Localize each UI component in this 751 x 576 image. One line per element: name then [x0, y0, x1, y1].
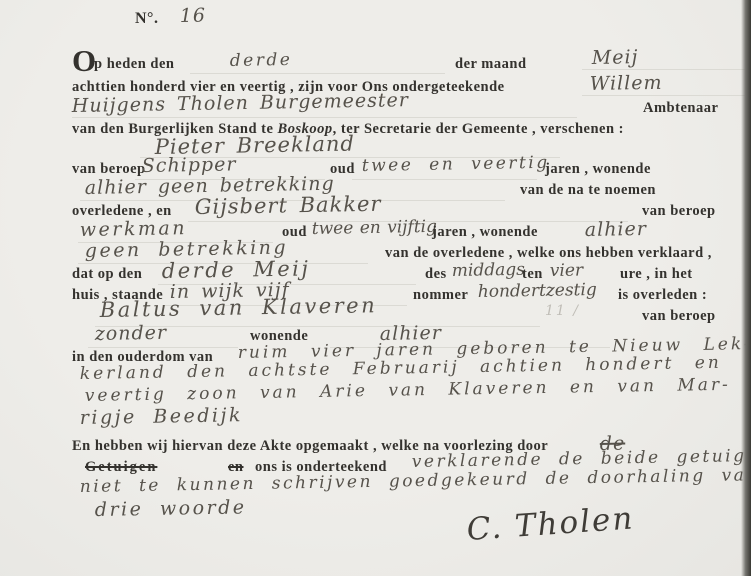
fill-line: [72, 117, 577, 118]
day-handwritten: derde: [230, 50, 293, 71]
struck-word-getuigen: Getuigen: [85, 459, 157, 476]
dat-op-den-printed: dat op den: [72, 266, 142, 283]
verklaard-printed: van de overledene , welke ons hebben ver…: [385, 245, 712, 262]
der-maand-printed: der maand: [455, 56, 527, 73]
is-overleden-printed: is overleden :: [618, 287, 707, 304]
declarant2-leeftijd: twee en vijftig: [312, 217, 437, 239]
official-name-title: Huijgens Tholen Burgemeester: [72, 89, 409, 117]
stand-post: , ter Secretarie der Gemeente , verschen…: [333, 121, 624, 137]
pencil-annotation: 11 /: [545, 303, 580, 319]
fill-line: [190, 73, 445, 74]
scan-edge-shadow: [741, 0, 751, 576]
declarant1-beroep: Schipper: [142, 153, 237, 177]
record-number-label: N°.: [135, 10, 158, 28]
verklaring-3: drie woorde: [95, 496, 247, 521]
signature: C. Tholen: [465, 500, 635, 548]
na-te-noemen-printed: van de na te noemen: [520, 182, 656, 199]
declarant1-leeftijd: twee en veertig: [362, 153, 550, 176]
overledene-details-4: rigje Beedijk: [80, 404, 243, 429]
ambtenaar-printed: Ambtenaar: [643, 100, 718, 117]
opening-initial: O: [72, 45, 96, 76]
nommer-printed: nommer: [413, 287, 468, 304]
overledene-beroep: zonder: [95, 322, 168, 345]
overledene-name: Baltus van Klaveren: [100, 293, 378, 322]
overlijden-uur: vier: [550, 260, 584, 281]
van-beroep3-printed: van beroep: [642, 308, 716, 325]
record-number-value: 16: [180, 5, 207, 27]
fill-line: [352, 179, 537, 180]
ure-in-het-printed: ure , in het: [620, 266, 693, 283]
death-certificate-scan: N°. 16 O p heden den derde der maand Mei…: [0, 0, 751, 576]
official-first-name: Willem: [590, 72, 663, 95]
jaren-wonende-printed: jaren , wonende: [545, 161, 651, 178]
declarant2-beroep: werkman: [80, 217, 188, 241]
declarant2-name: Gijsbert Bakker: [195, 192, 382, 219]
overlijden-dagdeel: middags: [452, 260, 525, 281]
des-printed: des: [425, 266, 447, 283]
fill-line: [582, 69, 745, 70]
van-beroep2-printed: van beroep: [642, 203, 716, 220]
opening-printed: p heden den: [94, 56, 174, 73]
jaren-wonende2-printed: jaren , wonende: [432, 224, 538, 241]
fill-line: [88, 347, 238, 348]
declarant2-woonplaats: alhier: [585, 218, 647, 241]
overlijden-huisnummer: hondertzestig: [478, 280, 597, 302]
month-handwritten: Meij: [592, 46, 639, 69]
fill-line: [582, 95, 745, 96]
